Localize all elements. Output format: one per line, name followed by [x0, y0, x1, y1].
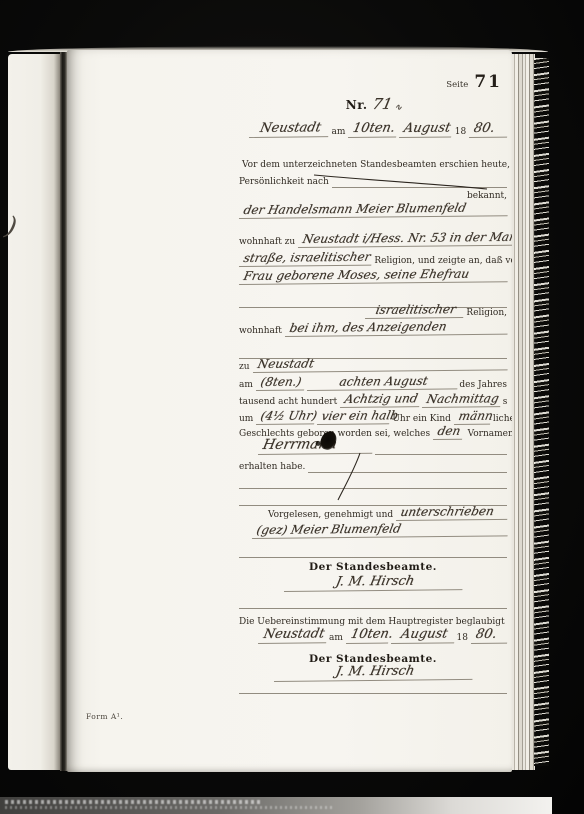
- printed-text: am: [239, 381, 253, 391]
- printed-text: wohnhaft zu: [239, 238, 295, 248]
- handwritten-entry: 10ten.: [346, 628, 391, 644]
- form-line: Vorgelesen, genehmigt undunterschrieben: [239, 505, 507, 521]
- printed-text: wohnhaft: [239, 327, 282, 337]
- handwritten-entry: der Handelsmann Meier Blumenfeld: [239, 202, 511, 219]
- form-line: erhalten habe.: [239, 457, 507, 473]
- religion-line: israelitischerReligion,: [239, 303, 507, 319]
- register-page: Seite 71 Nr.71∿Neustadtam10ten.August188…: [67, 50, 512, 772]
- blank-line: [239, 593, 507, 609]
- printed-text: Vor dem unterzeichneten Standesbeamten e…: [242, 161, 528, 171]
- registrar-signature-line: J. M. Hirsch: [239, 576, 507, 592]
- microfilm-label-strip: [0, 797, 552, 814]
- printed-text: 18: [457, 634, 468, 644]
- declarant-line: der Handelsmann Meier Blumenfeld: [239, 203, 507, 219]
- certification-date-line: Neustadtam10ten.August1880.: [239, 628, 507, 644]
- printed-text: zu: [239, 363, 250, 373]
- archival-scan: Seite 71 Nr.71∿Neustadtam10ten.August188…: [0, 0, 584, 814]
- blank-rule: [375, 439, 507, 455]
- microfilm-label-text-blurred: [5, 806, 335, 809]
- printed-text: am: [331, 128, 345, 138]
- page-stack-edges: [512, 54, 535, 770]
- form-type-label: Form A¹.: [86, 712, 123, 721]
- handwritten-entry: 80.: [471, 628, 510, 644]
- form-line: bekannt,: [239, 186, 507, 202]
- handwritten-entry: vier ein halb: [317, 410, 392, 425]
- deckle-edge: [534, 58, 549, 766]
- birthplace-line: zuNeustadt: [239, 357, 507, 373]
- year-line: tausend acht hundertAchtzig undNachmitta…: [239, 392, 507, 408]
- registrar-heading: Der Standesbeamte.: [239, 558, 507, 574]
- handwritten-entry: den: [433, 425, 465, 440]
- handwritten-text: 71: [371, 97, 393, 113]
- printed-text: Religion,: [466, 309, 507, 319]
- handwritten-entry: August: [399, 122, 455, 138]
- handwritten-entry: (gez) Meier Blumenfeld: [252, 522, 511, 539]
- printed-text: am: [329, 634, 343, 644]
- blank-line: [239, 473, 507, 489]
- handwritten-entry: Neustadt: [249, 122, 331, 138]
- child-name-line: Herrmann: [239, 439, 507, 455]
- form-line: wohnhaftbei ihm, des Anzeigenden: [239, 321, 507, 337]
- printed-text: s: [503, 398, 508, 408]
- mother-line: Frau geborene Moses, seine Ehefrau: [239, 269, 507, 285]
- handwritten-entry: (4½ Uhr): [256, 410, 317, 425]
- handwritten-entry: Neustadt: [253, 356, 511, 373]
- blank-rule: [308, 457, 507, 473]
- handwritten-entry: (8ten.): [256, 376, 307, 391]
- handwritten-entry: israelitischer: [365, 303, 466, 319]
- handwritten-entry: unterschrieben: [396, 505, 510, 521]
- record-number-line: Nr.71∿: [239, 97, 507, 113]
- handwritten-entry: 10ten.: [348, 122, 399, 138]
- blank-rule: [239, 678, 507, 694]
- blank-rule: [239, 593, 507, 609]
- microfilm-label-text-blurred: [5, 800, 260, 804]
- printed-text: Vorgelesen, genehmigt und: [268, 511, 393, 521]
- printed-text: tausend acht hundert: [239, 398, 337, 408]
- printed-heading: Nr.: [346, 99, 368, 113]
- handwritten-entry: August: [391, 628, 457, 644]
- handwritten-entry: Nachmittag: [422, 393, 503, 408]
- handwritten-entry: 80.: [469, 122, 510, 138]
- handwritten-entry: achten August: [307, 375, 460, 391]
- form-content: Nr.71∿Neustadtam10ten.August1880.Vor dem…: [239, 50, 507, 772]
- printed-text: des Jahres: [459, 381, 507, 391]
- form-line: Vor dem unterzeichneten Standesbeamten e…: [239, 155, 507, 171]
- printed-heading: Der Standesbeamte.: [309, 562, 437, 574]
- registration-date-line: Neustadtam10ten.August1880.: [239, 122, 507, 138]
- handwritten-text: ∿: [393, 103, 402, 113]
- facing-page-edge: [8, 54, 62, 770]
- birthdate-line: am(8ten.)achten Augustdes Jahres: [239, 375, 507, 391]
- book-gutter: [60, 52, 67, 771]
- handwritten-entry: J. M. Hirsch: [284, 574, 466, 592]
- handwritten-entry: Frau geborene Moses, seine Ehefrau: [239, 268, 511, 285]
- time-line: um(4½ Uhr)vier ein halbUhr ein Kindmännl…: [239, 409, 507, 425]
- handwritten-entry: straße, israelitischer: [239, 251, 375, 267]
- signature-declarant-line: (gez) Meier Blumenfeld: [239, 523, 507, 539]
- blank-rule: [239, 542, 507, 558]
- form-line: straße, israelitischerReligion, und zeig…: [239, 251, 507, 267]
- handwritten-entry: Neustadt i/Hess. Nr. 53 in der Markt-: [298, 231, 535, 248]
- printed-text: erhalten habe.: [239, 463, 305, 473]
- certification-line: Die Uebereinstimmung mit dem Hauptregist…: [239, 612, 507, 628]
- printed-text: 18: [455, 128, 466, 138]
- blank-line: [239, 678, 507, 694]
- handwritten-entry: bei ihm, des Anzeigenden: [285, 320, 511, 337]
- residence-line: wohnhaft zuNeustadt i/Hess. Nr. 53 in de…: [239, 232, 507, 248]
- handwritten-entry: Neustadt: [258, 628, 329, 644]
- blank-line: [239, 542, 507, 558]
- handwritten-entry: Achtzig und: [340, 393, 422, 408]
- blank-rule: [239, 473, 507, 489]
